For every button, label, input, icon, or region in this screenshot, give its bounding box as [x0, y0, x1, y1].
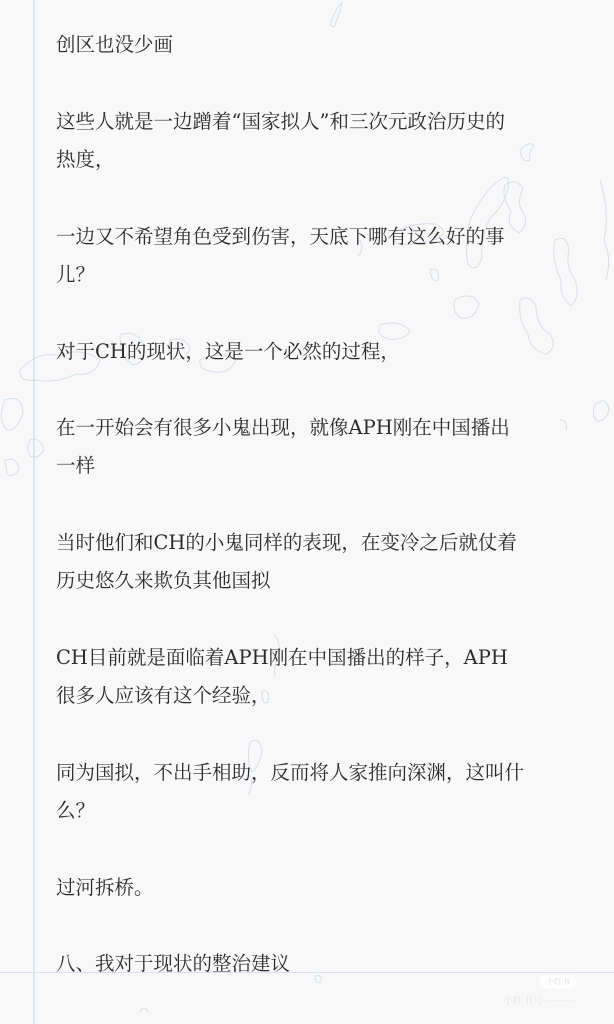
paragraph-line: 在一开始会有很多小鬼出现，就像APH刚在中国播出 — [56, 409, 510, 447]
paragraph-line: 这些人就是一边蹭着“国家拟人”和三次元政治历史的 — [56, 103, 505, 141]
watermark-text: 小红书号 ·········· — [503, 992, 578, 1007]
paragraph-line: 过河拆桥。 — [56, 869, 154, 907]
paragraph-line: 历史悠久来欺负其他国拟 — [56, 562, 271, 600]
section-heading: 八、我对于现状的整治建议 — [56, 945, 290, 983]
paragraph-line: 么？ — [56, 792, 95, 830]
paragraph-line: 同为国拟，不出手相助，反而将人家推向深渊，这叫什 — [56, 754, 524, 792]
document-page: 创区也没少画 这些人就是一边蹭着“国家拟人”和三次元政治历史的 热度， 一边又不… — [0, 0, 614, 1024]
paragraph-line: 热度， — [56, 141, 115, 179]
paragraph-line: 当时他们和CH的小鬼同样的表现，在变冷之后就仗着 — [56, 524, 517, 562]
watermark-logo: 小红书 — [540, 975, 576, 988]
paragraph-line: 儿？ — [56, 256, 95, 294]
paragraph-line: 很多人应该有这个经验， — [56, 677, 271, 715]
paragraph-line: 创区也没少画 — [56, 26, 173, 64]
paragraph-line: 一样 — [56, 447, 95, 485]
paragraph-line: 对于CH的现状，这是一个必然的过程， — [56, 333, 400, 371]
paragraph-line: CH目前就是面临着APH刚在中国播出的样子，APH — [56, 639, 508, 677]
left-margin-rule — [33, 0, 35, 1024]
paragraph-line: 一边又不希望角色受到伤害，天底下哪有这么好的事 — [56, 218, 505, 256]
